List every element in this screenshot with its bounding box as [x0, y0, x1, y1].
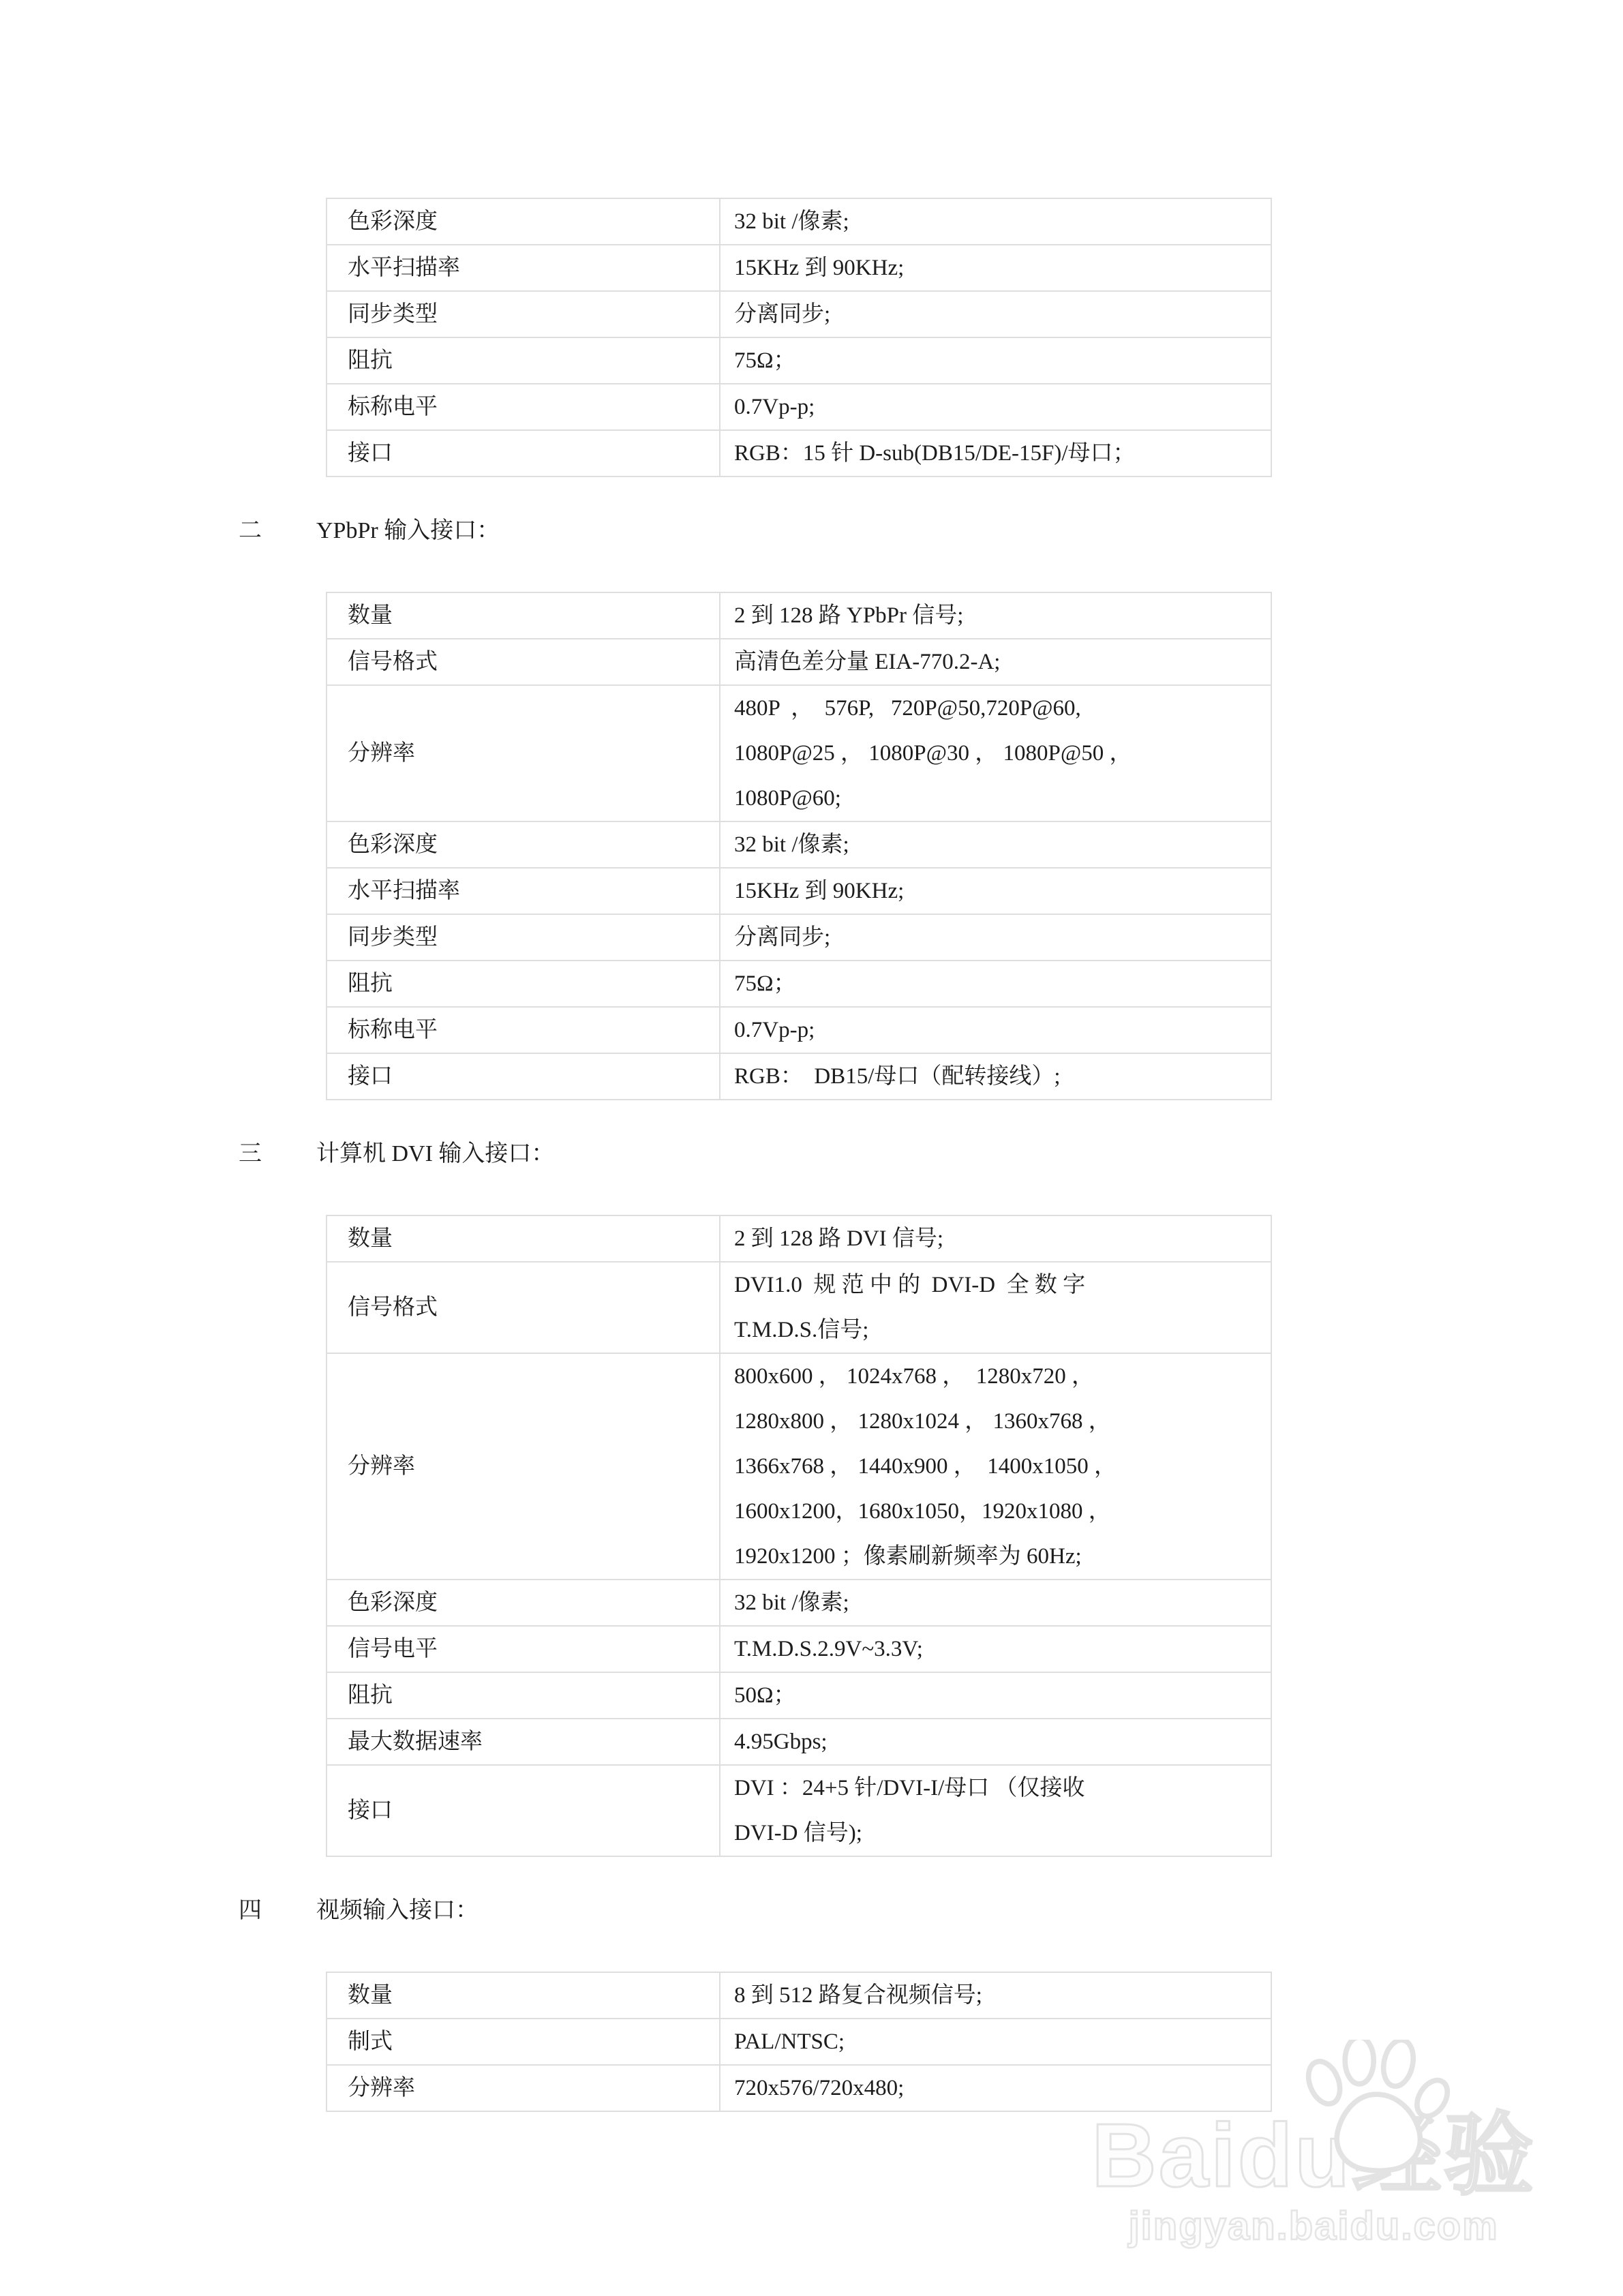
row-label: 信号格式	[327, 639, 720, 685]
row-label: 数量	[327, 1972, 720, 2019]
document-page: 色彩深度32 bit /像素;水平扫描率15KHz 到 90KHz;同步类型分离…	[0, 0, 1623, 2296]
watermark-brand-latin: Baidu	[1091, 2105, 1352, 2205]
section-number: 三	[239, 1138, 316, 1170]
table-row: 数量2 到 128 路 YPbPr 信号;	[327, 592, 1271, 639]
table-row: 阻抗75Ω；	[327, 337, 1271, 384]
section-title: YPbPr 输入接口：	[316, 515, 500, 547]
row-label: 水平扫描率	[327, 245, 720, 291]
row-value: T.M.D.S.2.9V~3.3V;	[720, 1626, 1271, 1672]
row-value: 8 到 512 路复合视频信号;	[720, 1972, 1271, 2019]
row-label: 制式	[327, 2019, 720, 2065]
row-label: 标称电平	[327, 384, 720, 430]
row-value: 高清色差分量 EIA-770.2-A;	[720, 639, 1271, 685]
row-value: 0.7Vp-p;	[720, 1007, 1271, 1053]
row-label: 标称电平	[327, 1007, 720, 1053]
row-value: 32 bit /像素;	[720, 198, 1271, 245]
row-label: 水平扫描率	[327, 868, 720, 914]
row-value: 720x576/720x480;	[720, 2065, 1271, 2111]
table-row: 阻抗75Ω；	[327, 961, 1271, 1007]
row-value: 480P ， 576P, 720P@50,720P@60, 1080P@25 ，…	[720, 685, 1271, 821]
row-value: RGB： DB15/母口（配转接线）;	[720, 1053, 1271, 1100]
row-value: PAL/NTSC;	[720, 2019, 1271, 2065]
row-value: 32 bit /像素;	[720, 1580, 1271, 1626]
row-value: 15KHz 到 90KHz;	[720, 245, 1271, 291]
row-value: 75Ω；	[720, 961, 1271, 1007]
table-row: 水平扫描率15KHz 到 90KHz;	[327, 245, 1271, 291]
row-value: 分离同步;	[720, 291, 1271, 337]
table-row: 色彩深度32 bit /像素;	[327, 1580, 1271, 1626]
spec-table-rgb-input: 色彩深度32 bit /像素;水平扫描率15KHz 到 90KHz;同步类型分离…	[326, 198, 1272, 477]
row-value: 32 bit /像素;	[720, 821, 1271, 868]
row-value: DVI ：24+5 针/DVI-I/母口 （仅接收 DVI-D 信号);	[720, 1765, 1271, 1856]
row-label: 最大数据速率	[327, 1719, 720, 1765]
section-title: 视频输入接口：	[316, 1895, 479, 1927]
section-number: 四	[239, 1895, 316, 1927]
table-row: 最大数据速率4.95Gbps;	[327, 1719, 1271, 1765]
table-row: 标称电平0.7Vp-p;	[327, 384, 1271, 430]
table-row: 色彩深度32 bit /像素;	[327, 198, 1271, 245]
watermark-url: jingyan.baidu.com	[1091, 2205, 1536, 2248]
table-row: 信号格式DVI1.0 规 范 中 的 DVI-D 全 数 字 T.M.D.S.信…	[327, 1262, 1271, 1353]
table-row: 数量8 到 512 路复合视频信号;	[327, 1972, 1271, 2019]
table-row: 数量2 到 128 路 DVI 信号;	[327, 1215, 1271, 1262]
table-row: 制式PAL/NTSC;	[327, 2019, 1271, 2065]
row-value: 分离同步;	[720, 914, 1271, 961]
table-row: 接口RGB： DB15/母口（配转接线）;	[327, 1053, 1271, 1100]
table-row: 阻抗50Ω；	[327, 1672, 1271, 1719]
table-row: 信号电平T.M.D.S.2.9V~3.3V;	[327, 1626, 1271, 1672]
row-label: 信号电平	[327, 1626, 720, 1672]
row-value: 0.7Vp-p;	[720, 384, 1271, 430]
section-title: 计算机 DVI 输入接口：	[316, 1138, 554, 1170]
table-row: 信号格式高清色差分量 EIA-770.2-A;	[327, 639, 1271, 685]
watermark-brand-cjk: 经验	[1352, 2105, 1536, 2205]
row-label: 色彩深度	[327, 1580, 720, 1626]
spec-sections: 色彩深度32 bit /像素;水平扫描率15KHz 到 90KHz;同步类型分离…	[0, 0, 1623, 2112]
row-label: 接口	[327, 430, 720, 477]
table-row: 同步类型分离同步;	[327, 291, 1271, 337]
row-value: RGB：15 针 D-sub(DB15/DE-15F)/母口；	[720, 430, 1271, 477]
row-label: 接口	[327, 1053, 720, 1100]
row-label: 分辨率	[327, 1353, 720, 1580]
row-label: 阻抗	[327, 961, 720, 1007]
row-label: 数量	[327, 1215, 720, 1262]
row-label: 色彩深度	[327, 821, 720, 868]
table-row: 接口DVI ：24+5 针/DVI-I/母口 （仅接收 DVI-D 信号);	[327, 1765, 1271, 1856]
table-row: 标称电平0.7Vp-p;	[327, 1007, 1271, 1053]
row-label: 同步类型	[327, 914, 720, 961]
table-row: 接口RGB：15 针 D-sub(DB15/DE-15F)/母口；	[327, 430, 1271, 477]
row-value: 4.95Gbps;	[720, 1719, 1271, 1765]
spec-table-video-input: 数量8 到 512 路复合视频信号;制式PAL/NTSC;分辨率720x576/…	[326, 1972, 1272, 2112]
table-row: 水平扫描率15KHz 到 90KHz;	[327, 868, 1271, 914]
row-label: 信号格式	[327, 1262, 720, 1353]
spec-table-dvi-input: 数量2 到 128 路 DVI 信号;信号格式DVI1.0 规 范 中 的 DV…	[326, 1215, 1272, 1857]
row-value: 75Ω；	[720, 337, 1271, 384]
row-label: 接口	[327, 1765, 720, 1856]
table-row: 分辨率720x576/720x480;	[327, 2065, 1271, 2111]
row-value: DVI1.0 规 范 中 的 DVI-D 全 数 字 T.M.D.S.信号;	[720, 1262, 1271, 1353]
row-label: 分辨率	[327, 2065, 720, 2111]
row-value: 800x600 ， 1024x768 ， 1280x720 ， 1280x800…	[720, 1353, 1271, 1580]
row-value: 50Ω；	[720, 1672, 1271, 1719]
table-row: 色彩深度32 bit /像素;	[327, 821, 1271, 868]
row-label: 色彩深度	[327, 198, 720, 245]
table-row: 分辨率480P ， 576P, 720P@50,720P@60, 1080P@2…	[327, 685, 1271, 821]
table-row: 同步类型分离同步;	[327, 914, 1271, 961]
row-value: 2 到 128 路 DVI 信号;	[720, 1215, 1271, 1262]
table-row: 分辨率800x600 ， 1024x768 ， 1280x720 ， 1280x…	[327, 1353, 1271, 1580]
spec-table-ypbpr-input: 数量2 到 128 路 YPbPr 信号;信号格式高清色差分量 EIA-770.…	[326, 592, 1272, 1100]
row-value: 15KHz 到 90KHz;	[720, 868, 1271, 914]
section-number: 二	[239, 515, 316, 547]
row-label: 阻抗	[327, 337, 720, 384]
row-value: 2 到 128 路 YPbPr 信号;	[720, 592, 1271, 639]
row-label: 分辨率	[327, 685, 720, 821]
section-heading-ypbpr-input: 二YPbPr 输入接口：	[239, 515, 1623, 547]
row-label: 数量	[327, 592, 720, 639]
row-label: 同步类型	[327, 291, 720, 337]
section-heading-dvi-input: 三计算机 DVI 输入接口：	[239, 1138, 1623, 1170]
row-label: 阻抗	[327, 1672, 720, 1719]
section-heading-video-input: 四视频输入接口：	[239, 1895, 1623, 1927]
